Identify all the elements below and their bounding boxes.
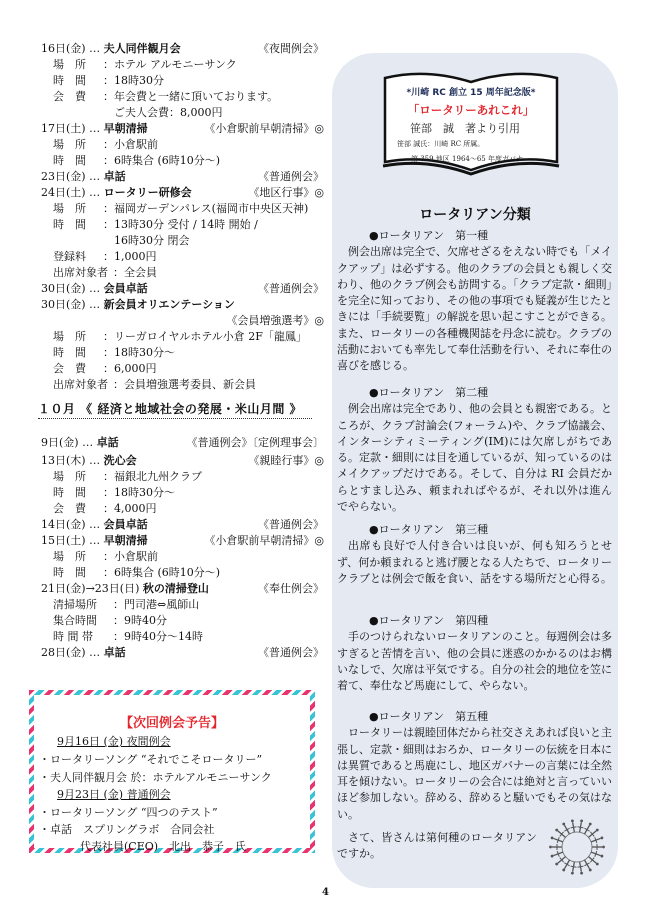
section-heading: ●ロータリアン 第二種 [337, 385, 612, 401]
detail-label: 時 間 [53, 74, 103, 88]
event-title: 洗心会 [104, 454, 137, 467]
event-date: 13日(木) [41, 454, 86, 468]
event-tag: 《親睦行事》◎ [248, 454, 324, 468]
event-detail: 場 所：ホテル アルモニーサンク [53, 58, 237, 72]
event-detail: 場 所：福銀北九州クラブ [53, 470, 202, 484]
event-heading: 28日(金) … 卓話 [41, 646, 126, 660]
notice-line: 代表社員(CEO) 北出 恭子 氏 [80, 840, 246, 854]
detail-colon: ： [103, 330, 114, 343]
section-heading: ●ロータリアン 第五種 [337, 709, 612, 725]
article-section: ●ロータリアン 第四種 手のつけられないロータリアンのこと。毎週例会は多すぎると… [337, 613, 612, 694]
detail-value: 9時40分 [124, 614, 167, 627]
detail-value: 会員増強選考委員、新会員 [124, 378, 256, 391]
detail-value: 門司港⇔風師山 [124, 598, 199, 611]
event-tag: 《会員増強選考》◎ [226, 314, 324, 328]
detail-colon: ： [103, 90, 114, 103]
detail-label: 出席対象者 [53, 378, 113, 392]
schedule-event: 16日(金) … 夫人同伴観月会《夜間例会》場 所：ホテル アルモニーサンク時 … [41, 42, 324, 56]
detail-value: 9時40分～14時 [124, 630, 203, 643]
detail-colon: ： [103, 346, 114, 359]
book-title: 「ロータリーあれこれ」 [381, 102, 561, 118]
detail-colon: ： [113, 378, 124, 391]
detail-colon: ： [113, 266, 124, 279]
page-number: 4 [322, 887, 329, 898]
detail-value: 6,000円 [114, 362, 157, 375]
event-tag: 《地区行事》◎ [248, 186, 324, 200]
event-heading: 24日(土) … ロータリー研修会 [41, 186, 192, 200]
schedule-event: 15日(土) … 早朝清掃《小倉駅前早朝清掃》◎場 所：小倉駅前時 間：6時集合… [41, 534, 324, 548]
october-heading: １０月 《 経済と地域社会の発展・米山月間 》 [38, 400, 312, 419]
event-title: 会員卓話 [104, 282, 148, 295]
detail-label: 時 間 [53, 218, 103, 232]
notice-title: 【次回例会予告】 [34, 712, 310, 731]
event-title: 卓話 [104, 170, 126, 183]
event-detail: 時 間：13時30分 受付 / 14時 開始 / [53, 218, 258, 232]
event-detail: 時 間：18時30分～ [53, 346, 175, 360]
event-detail: 会 費：年会費と一緒に頂いております。 [53, 90, 278, 104]
event-date: 30日(金) [41, 298, 86, 312]
detail-label: 時 間 [53, 154, 103, 168]
detail-value: 6時集合 (6時10分～) [114, 566, 220, 579]
detail-value: 全会員 [124, 266, 157, 279]
notice-line: ・夫人同伴観月会 於：ホテルアルモニーサンク [39, 771, 272, 785]
event-tag: 《普通例会》〔定例理事会〕 [187, 436, 325, 450]
detail-colon: ： [103, 362, 114, 375]
event-heading: 30日(金) … 会員卓話 [41, 282, 148, 296]
event-separator: … [82, 436, 93, 449]
event-heading: 17日(土) … 早朝清掃 [41, 122, 148, 136]
detail-colon: ： [103, 154, 114, 167]
event-title: 卓話 [104, 646, 126, 659]
section-heading: ●ロータリアン 第三種 [337, 522, 612, 538]
closing-text: さて、皆さんは第何種のロータリアンですか。 [337, 830, 537, 863]
detail-colon: ： [103, 218, 114, 231]
detail-value: 1,000円 [114, 250, 157, 263]
detail-value: 小倉駅前 [114, 138, 158, 151]
event-title: 会員卓話 [104, 518, 148, 531]
detail-label: 時 間 [53, 566, 103, 580]
event-date: 16日(金) [41, 42, 86, 56]
article-section: ●ロータリアン 第一種 例会出席は完全で、欠席せざるをえない時でも「メイクアップ… [337, 228, 612, 375]
notice-line: 9月23日 (金) 普通例会 [57, 788, 171, 802]
schedule-event: 21日(金)→23日(日) 秋の清掃登山《奉仕例会》清掃場所：門司港⇔風師山集合… [41, 582, 324, 596]
event-title: 早朝清掃 [104, 534, 148, 547]
event-tag: 《普通例会》 [258, 170, 324, 184]
book-note: 第 359 地区 1964～65 年度ガバナー [411, 154, 530, 164]
notice-line: ・卓話 スプリングラボ 合同会社 [39, 823, 214, 837]
event-heading: 16日(金) … 夫人同伴観月会 [41, 42, 181, 56]
event-title: 卓話 [97, 436, 119, 449]
schedule-event: 28日(金) … 卓話《普通例会》 [41, 646, 324, 660]
detail-label: 場 所 [53, 330, 103, 344]
next-meeting-notice: 【次回例会予告】 9月16日 (金) 夜間例会 ・ロータリーソング “それでこそ… [29, 690, 315, 853]
section-body: 例会出席は完全で、欠席せざるをえない時でも「メイクアップ」は必ずする。他のクラブ… [337, 244, 612, 374]
detail-colon: ： [103, 58, 114, 71]
article-section: ●ロータリアン 第三種 出席も良好で人付き合いは良いが、何も知ろうとせず、何か頼… [337, 522, 612, 587]
detail-label: 場 所 [53, 550, 103, 564]
event-heading: 23日(金) … 卓話 [41, 170, 126, 184]
detail-colon: ： [103, 74, 114, 87]
detail-label: 時 間 [53, 486, 103, 500]
detail-colon: ： [113, 614, 124, 627]
event-separator: … [89, 42, 100, 55]
article-section: ●ロータリアン 第二種 例会出席は完全であり、他の会員とも親密である。ところが、… [337, 385, 612, 515]
section-heading: ●ロータリアン 第四種 [337, 613, 612, 629]
event-separator: … [89, 122, 100, 135]
detail-colon: ： [103, 486, 114, 499]
event-detail: 時 間：6時集合 (6時10分～) [53, 566, 220, 580]
detail-label: 時 間 [53, 346, 103, 360]
detail-label: 場 所 [53, 58, 103, 72]
event-tag: 《奉仕例会》 [258, 582, 324, 596]
article-title: ロータリアン分類 [332, 204, 618, 224]
detail-value: 福銀北九州クラブ [114, 470, 202, 483]
notice-line: ・ロータリーソング “四つのテスト” [39, 806, 218, 820]
event-detail: 会 費：4,000円 [53, 502, 157, 516]
schedule-event: 13日(木) … 洗心会《親睦行事》◎場 所：福銀北九州クラブ時 間：18時30… [41, 454, 324, 468]
event-date: 30日(金) [41, 282, 86, 296]
schedule-event: 30日(金) … 会員卓話《普通例会》 [41, 282, 324, 296]
detail-value: 6時集合 (6時10分～) [114, 154, 220, 167]
event-separator: … [89, 518, 100, 531]
detail-colon: ： [103, 250, 114, 263]
book-author: 笹部 誠 著より引用 [410, 120, 520, 136]
event-heading: 14日(金) … 会員卓話 [41, 518, 148, 532]
event-detail: 時 間 帯：9時40分～14時 [53, 630, 203, 644]
detail-colon: ： [103, 138, 114, 151]
section-body: 手のつけられないロータリアンのこと。毎週例会は多すぎると苦情を言い、他の会員に迷… [337, 629, 612, 694]
section-body: ロータリーは親睦団体だから社交さえあれば良いと主張し、定款・細則はおろか、ロータ… [337, 725, 612, 823]
event-separator: … [89, 646, 100, 659]
event-title: 新会員オリエンテーション [104, 298, 235, 311]
book-illustration: *川崎 RC 創立 15 周年記念版* 「ロータリーあれこれ」 笹部 誠 著より… [381, 66, 561, 176]
detail-value: 4,000円 [114, 502, 157, 515]
event-separator: … [89, 186, 100, 199]
event-date: 21日(金)→23日(日) [41, 582, 139, 596]
event-detail: 場 所：リーガロイヤルホテル小倉 2F「龍鳳」 [53, 330, 307, 344]
event-detail: 時 間：6時集合 (6時10分～) [53, 154, 220, 168]
schedule-event: 30日(金) … 新会員オリエンテーション《会員増強選考》◎場 所：リーガロイヤ… [41, 298, 324, 312]
detail-value: 18時30分～ [114, 346, 175, 359]
event-title: 夫人同伴観月会 [104, 42, 181, 55]
event-title: ロータリー研修会 [104, 186, 192, 199]
event-tag: 《小倉駅前早朝清掃》◎ [204, 534, 324, 548]
event-date: 28日(金) [41, 646, 86, 660]
notice-body: 【次回例会予告】 9月16日 (金) 夜間例会 ・ロータリーソング “それでこそ… [34, 695, 310, 848]
detail-label: 場 所 [53, 470, 103, 484]
event-heading: 30日(金) … 新会員オリエンテーション [41, 298, 235, 312]
event-tag: 《夜間例会》 [258, 42, 324, 56]
section-heading: ●ロータリアン 第一種 [337, 228, 612, 244]
detail-colon: ： [103, 550, 114, 563]
schedule-event: 24日(土) … ロータリー研修会《地区行事》◎場 所：福岡ガーデンパレス(福岡… [41, 186, 324, 200]
detail-colon: ： [103, 566, 114, 579]
schedule-event: 17日(土) … 早朝清掃《小倉駅前早朝清掃》◎場 所：小倉駅前時 間：6時集合… [41, 122, 324, 136]
schedule-event: 14日(金) … 会員卓話《普通例会》 [41, 518, 324, 532]
event-detail: 場 所：福岡ガーデンパレス(福岡市中央区天神) [53, 202, 308, 216]
event-tag: 《小倉駅前早朝清掃》◎ [204, 122, 324, 136]
event-detail: 場 所：小倉駅前 [53, 550, 158, 564]
detail-value: リーガロイヤルホテル小倉 2F「龍鳳」 [114, 330, 307, 343]
detail-value: 年会費と一緒に頂いております。 [114, 90, 278, 103]
event-detail: 16時30分 閉会 [53, 234, 190, 248]
section-body: 例会出席は完全であり、他の会員とも親密である。ところが、クラブ討論会(フォーラム… [337, 401, 612, 515]
detail-colon: ： [103, 202, 114, 215]
event-date: 9日(金) [41, 436, 79, 450]
event-date: 15日(土) [41, 534, 86, 548]
detail-label: 会 費 [53, 502, 103, 516]
detail-label: 登録料 [53, 250, 103, 264]
detail-label: 時 間 帯 [53, 630, 113, 644]
detail-colon: ： [103, 502, 114, 515]
event-date: 24日(土) [41, 186, 86, 200]
schedule-event: 9日(金) … 卓話《普通例会》〔定例理事会〕 [41, 436, 324, 450]
detail-colon: ： [113, 630, 124, 643]
detail-label: 会 費 [53, 90, 103, 104]
section-body: 出席も良好で人付き合いは良いが、何も知ろうとせず、何か頼まれると逃げ腰となる人た… [337, 538, 612, 587]
event-title: 秋の清掃登山 [143, 582, 209, 595]
detail-colon: ： [103, 470, 114, 483]
article-closing: さて、皆さんは第何種のロータリアンですか。 [337, 830, 537, 863]
event-detail: 時 間：18時30分 [53, 74, 164, 88]
event-tag: 《普通例会》 [258, 282, 324, 296]
event-heading: 9日(金) … 卓話 [41, 436, 119, 450]
event-separator: … [89, 282, 100, 295]
detail-label: 場 所 [53, 138, 103, 152]
book-edition: *川崎 RC 創立 15 周年記念版* [381, 85, 561, 98]
notice-line: 9月16日 (金) 夜間例会 [57, 735, 171, 749]
event-detail: 登録料：1,000円 [53, 250, 157, 264]
book-note: 笹部 誠氏：川崎 RC 所属。 [397, 139, 484, 149]
detail-label: 場 所 [53, 202, 103, 216]
event-detail: 清掃場所：門司港⇔風師山 [53, 598, 199, 612]
event-title: 早朝清掃 [104, 122, 148, 135]
detail-value: 18時30分～ [114, 486, 175, 499]
event-heading: 21日(金)→23日(日) 秋の清掃登山 [41, 582, 209, 596]
schedule-event: 23日(金) … 卓話《普通例会》 [41, 170, 324, 184]
detail-label: 清掃場所 [53, 598, 113, 612]
article-section: ●ロータリアン 第五種 ロータリーは親睦団体だから社交さえあれば良いと主張し、定… [337, 709, 612, 823]
event-separator: … [89, 170, 100, 183]
event-separator: … [89, 298, 100, 311]
event-detail: 出席対象者：会員増強選考委員、新会員 [53, 378, 256, 392]
event-tag: 《普通例会》 [258, 646, 324, 660]
detail-value: ご夫人会費：8,000円 [114, 106, 223, 119]
event-detail: 会 費：6,000円 [53, 362, 157, 376]
event-heading: 15日(土) … 早朝清掃 [41, 534, 148, 548]
event-date: 23日(金) [41, 170, 86, 184]
detail-label: 出席対象者 [53, 266, 113, 280]
detail-label: 集合時間 [53, 614, 113, 628]
event-heading: 13日(木) … 洗心会 [41, 454, 137, 468]
detail-value: ホテル アルモニーサンク [114, 58, 237, 71]
detail-value: 18時30分 [114, 74, 164, 87]
detail-value: 13時30分 受付 / 14時 開始 / [114, 218, 258, 231]
detail-colon: ： [113, 598, 124, 611]
people-circle-icon [548, 818, 606, 876]
event-detail: 集合時間：9時40分 [53, 614, 167, 628]
detail-value: 小倉駅前 [114, 550, 158, 563]
event-separator: … [89, 454, 100, 467]
detail-label: 会 費 [53, 362, 103, 376]
event-detail: ご夫人会費：8,000円 [53, 106, 223, 120]
event-detail: 出席対象者：全会員 [53, 266, 157, 280]
event-date: 14日(金) [41, 518, 86, 532]
event-date: 17日(土) [41, 122, 86, 136]
event-detail: 時 間：18時30分～ [53, 486, 175, 500]
event-detail: 場 所：小倉駅前 [53, 138, 158, 152]
event-tag: 《普通例会》 [258, 518, 324, 532]
detail-value: 16時30分 閉会 [114, 234, 190, 247]
notice-line: ・ロータリーソング “それでこそロータリー” [39, 753, 262, 767]
detail-value: 福岡ガーデンパレス(福岡市中央区天神) [114, 202, 308, 215]
event-separator: … [89, 534, 100, 547]
book-caption: *川崎 RC 創立 15 周年記念版* 「ロータリーあれこれ」 笹部 誠 著より… [381, 66, 561, 176]
